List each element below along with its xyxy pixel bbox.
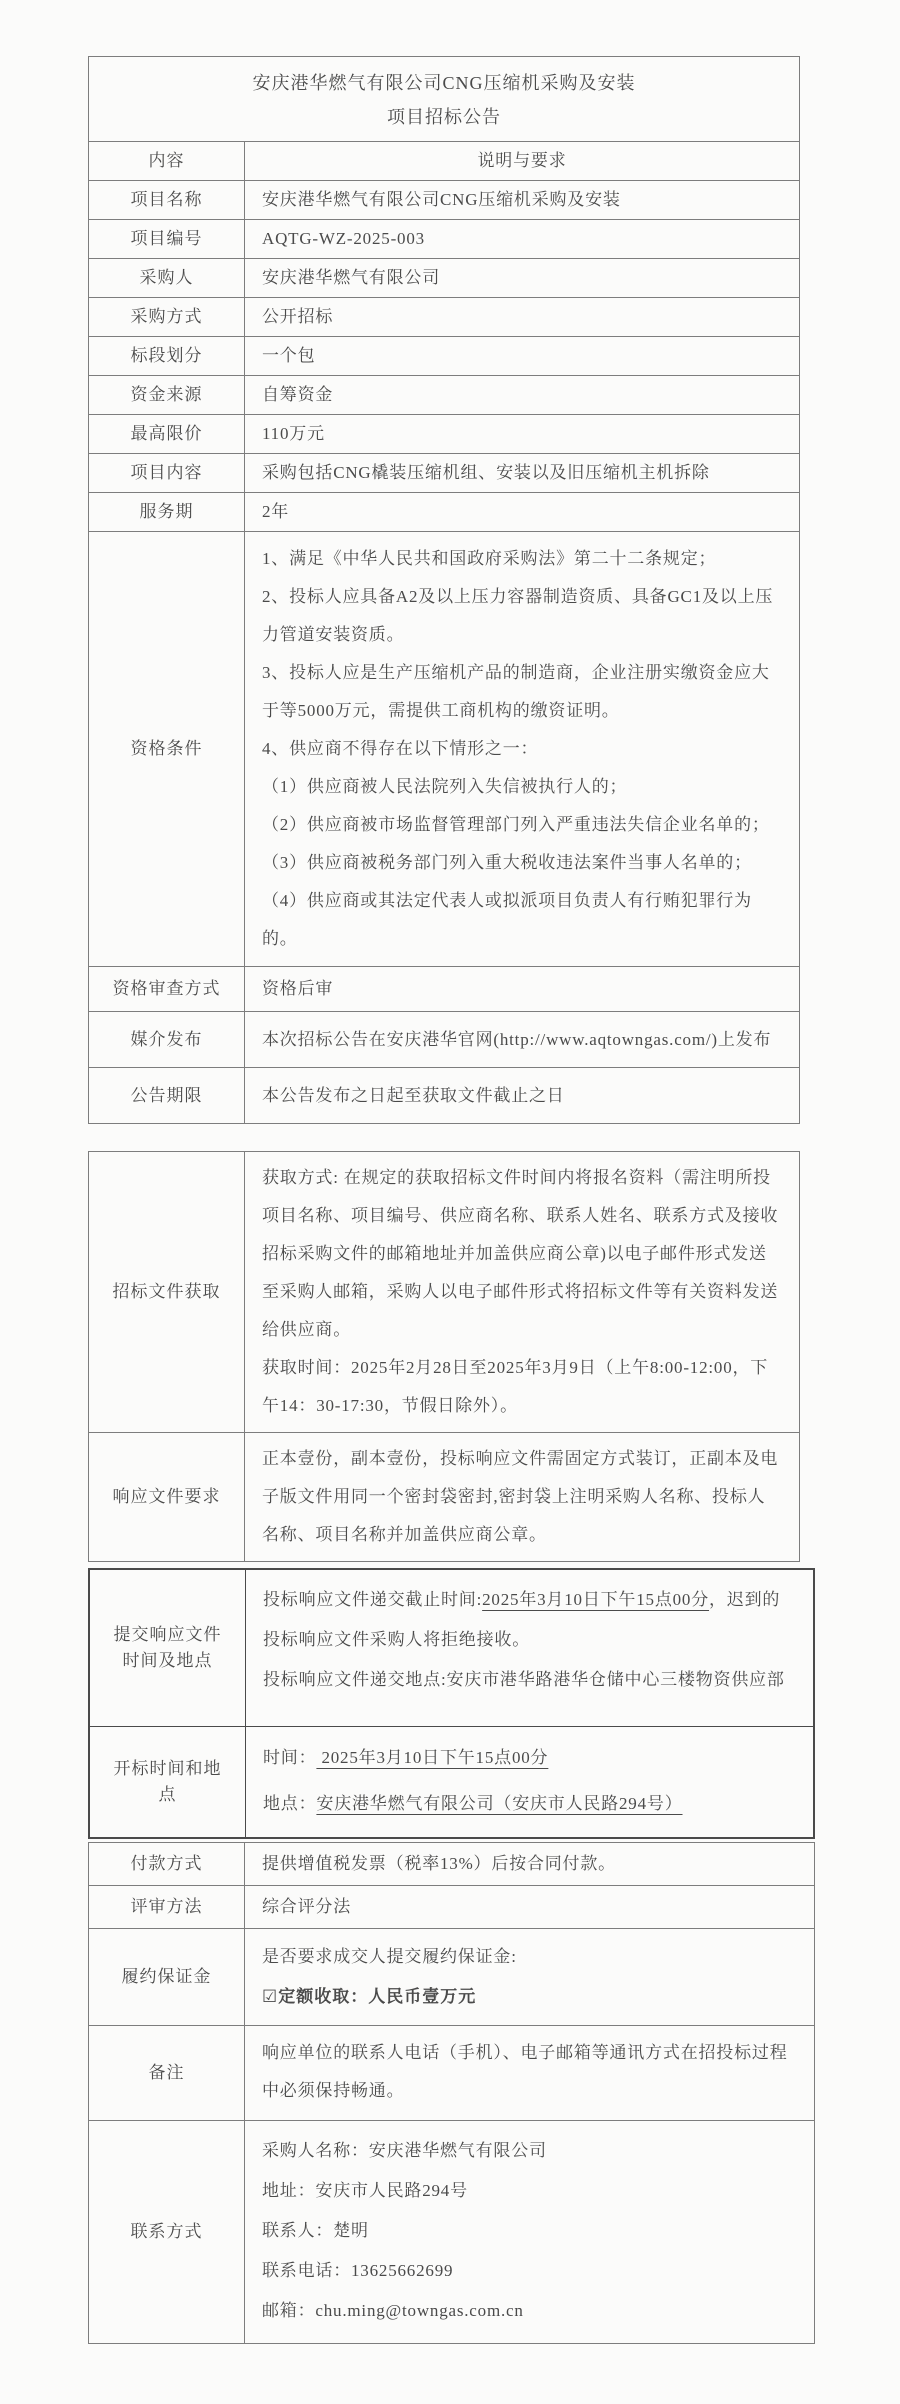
row-label: 招标文件获取 [89,1152,245,1432]
bidding-documents-table: 招标文件获取 获取方式: 在规定的获取招标文件时间内将报名资料（需注明所投项目名… [88,1151,800,1562]
row-label: 资格审查方式 [89,967,245,1011]
performance-bond-row: 履约保证金 是否要求成交人提交履约保证金: ☑定额收取：人民币壹万元 [89,1928,814,2025]
table-row: 资金来源 自筹资金 [89,375,799,414]
bid-opening-row: 开标时间和地点 时间： 2025年3月10日下午15点00分 地点：安庆港华燃气… [90,1726,813,1837]
terms-contact-table: 付款方式 提供增值税发票（税率13%）后按合同付款。 评审方法 综合评分法 履约… [88,1842,815,2344]
opening-time-line: 时间： 2025年3月10日下午15点00分 [263,1735,796,1781]
row-label: 履约保证金 [89,1929,245,2025]
submission-content: 投标响应文件递交截止时间:2025年3月10日下午15点00分，迟到的投标响应文… [246,1570,813,1726]
period-row: 公告期限 本公告发布之日起至获取文件截止之日 [89,1067,799,1123]
row-value: 安庆港华燃气有限公司 [245,259,799,297]
table-row: 项目编号 AQTG-WZ-2025-003 [89,219,799,258]
row-value: 公开招标 [245,298,799,336]
obtain-documents-row: 招标文件获取 获取方式: 在规定的获取招标文件时间内将报名资料（需注明所投项目名… [89,1152,799,1432]
row-label: 开标时间和地点 [90,1727,246,1837]
row-value: 本次招标公告在安庆港华官网(http://www.aqtowngas.com/)… [245,1012,799,1067]
document-page: 安庆港华燃气有限公司CNG压缩机采购及安装 项目招标公告 内容 说明与要求 项目… [0,0,900,2404]
bond-question-line: 是否要求成交人提交履约保证金: [262,1937,797,1977]
row-label: 采购人 [89,259,245,297]
row-label: 标段划分 [89,337,245,375]
remarks-row: 备注 响应单位的联系人电话（手机）、电子邮箱等通讯方式在招投标过程中必须保持畅通… [89,2025,814,2120]
contact-phone: 联系电话：13625662699 [262,2251,797,2291]
checked-checkbox-icon: ☑ [262,1987,278,2006]
row-value: 采购包括CNG橇装压缩机组、安装以及旧压缩机主机拆除 [245,454,799,492]
response-requirements-content: 正本壹份，副本壹份，投标响应文件需固定方式装订，正副本及电子版文件用同一个密封袋… [245,1433,799,1561]
row-label: 项目编号 [89,220,245,258]
payment-row: 付款方式 提供增值税发票（税率13%）后按合同付款。 [89,1843,814,1885]
table-row: 项目名称 安庆港华燃气有限公司CNG压缩机采购及安装 [89,180,799,219]
contact-email: 邮箱：chu.ming@towngas.com.cn [262,2291,797,2331]
remarks-content: 响应单位的联系人电话（手机）、电子邮箱等通讯方式在招投标过程中必须保持畅通。 [245,2026,814,2120]
row-label: 响应文件要求 [89,1433,245,1561]
row-label: 服务期 [89,493,245,531]
row-value: 资格后审 [245,967,799,1011]
response-requirements-row: 响应文件要求 正本壹份，副本壹份，投标响应文件需固定方式装订，正副本及电子版文件… [89,1432,799,1561]
table-row: 标段划分 一个包 [89,336,799,375]
bond-amount-line: ☑定额收取：人民币壹万元 [262,1977,797,2017]
row-value: 综合评分法 [245,1886,814,1928]
header-value: 说明与要求 [245,142,799,180]
row-label: 公告期限 [89,1068,245,1123]
row-label: 资金来源 [89,376,245,414]
submission-place-line: 投标响应文件递交地点:安庆市港华路港华仓储中心三楼物资供应部 [263,1660,796,1700]
bond-content: 是否要求成交人提交履约保证金: ☑定额收取：人民币壹万元 [245,1929,814,2025]
document-title: 安庆港华燃气有限公司CNG压缩机采购及安装 项目招标公告 [89,57,799,141]
row-label: 付款方式 [89,1843,245,1885]
row-label: 备注 [89,2026,245,2120]
evaluation-row: 评审方法 综合评分法 [89,1885,814,1928]
deadline-underlined-date: 2025年3月10日下午15点00分 [482,1590,709,1609]
row-label: 评审方法 [89,1886,245,1928]
bid-opening-content: 时间： 2025年3月10日下午15点00分 地点：安庆港华燃气有限公司（安庆市… [246,1727,813,1837]
row-value: 本公告发布之日起至获取文件截止之日 [245,1068,799,1123]
announcement-table: 安庆港华燃气有限公司CNG压缩机采购及安装 项目招标公告 内容 说明与要求 项目… [88,56,800,1124]
row-value: AQTG-WZ-2025-003 [245,220,799,258]
row-label: 联系方式 [89,2121,245,2343]
row-value: 安庆港华燃气有限公司CNG压缩机采购及安装 [245,181,799,219]
row-label: 资格条件 [89,532,245,966]
row-label: 采购方式 [89,298,245,336]
opening-time-underlined: 2025年3月10日下午15点00分 [316,1748,548,1767]
table-gap [0,1124,900,1151]
contact-address: 地址：安庆市人民路294号 [262,2171,797,2211]
qualification-content: 1、满足《中华人民共和国政府采购法》第二十二条规定； 2、投标人应具备A2及以上… [245,532,799,966]
opening-place-line: 地点：安庆港华燃气有限公司（安庆市人民路294号） [263,1781,796,1827]
row-value: 提供增值税发票（税率13%）后按合同付款。 [245,1843,814,1885]
media-row: 媒介发布 本次招标公告在安庆港华官网(http://www.aqtowngas.… [89,1011,799,1067]
review-method-row: 资格审查方式 资格后审 [89,966,799,1011]
row-value: 一个包 [245,337,799,375]
obtain-content: 获取方式: 在规定的获取招标文件时间内将报名资料（需注明所投项目名称、项目编号、… [245,1152,799,1432]
row-value: 110万元 [245,415,799,453]
row-label: 项目名称 [89,181,245,219]
row-label: 项目内容 [89,454,245,492]
row-label: 提交响应文件时间及地点 [90,1570,246,1726]
contact-buyer-name: 采购人名称：安庆港华燃气有限公司 [262,2131,797,2171]
header-label: 内容 [89,142,245,180]
submission-row: 提交响应文件时间及地点 投标响应文件递交截止时间:2025年3月10日下午15点… [90,1570,813,1726]
row-label: 媒介发布 [89,1012,245,1067]
contact-person: 联系人：楚明 [262,2211,797,2251]
table-row: 采购方式 公开招标 [89,297,799,336]
title-line-2: 项目招标公告 [89,100,799,134]
title-row: 安庆港华燃气有限公司CNG压缩机采购及安装 项目招标公告 [89,57,799,141]
table-row: 项目内容 采购包括CNG橇装压缩机组、安装以及旧压缩机主机拆除 [89,453,799,492]
row-label: 最高限价 [89,415,245,453]
contact-row: 联系方式 采购人名称：安庆港华燃气有限公司 地址：安庆市人民路294号 联系人：… [89,2120,814,2343]
opening-place-underlined: 安庆港华燃气有限公司（安庆市人民路294号） [316,1794,682,1813]
row-value: 自筹资金 [245,376,799,414]
contact-content: 采购人名称：安庆港华燃气有限公司 地址：安庆市人民路294号 联系人：楚明 联系… [245,2121,814,2343]
table-row: 采购人 安庆港华燃气有限公司 [89,258,799,297]
table-row: 最高限价 110万元 [89,414,799,453]
header-row: 内容 说明与要求 [89,141,799,180]
table-row: 服务期 2年 [89,492,799,531]
row-value: 2年 [245,493,799,531]
submission-opening-table: 提交响应文件时间及地点 投标响应文件递交截止时间:2025年3月10日下午15点… [88,1568,815,1839]
title-line-1: 安庆港华燃气有限公司CNG压缩机采购及安装 [89,66,799,100]
submission-deadline-line: 投标响应文件递交截止时间:2025年3月10日下午15点00分，迟到的投标响应文… [263,1580,796,1660]
qualification-row: 资格条件 1、满足《中华人民共和国政府采购法》第二十二条规定； 2、投标人应具备… [89,531,799,966]
